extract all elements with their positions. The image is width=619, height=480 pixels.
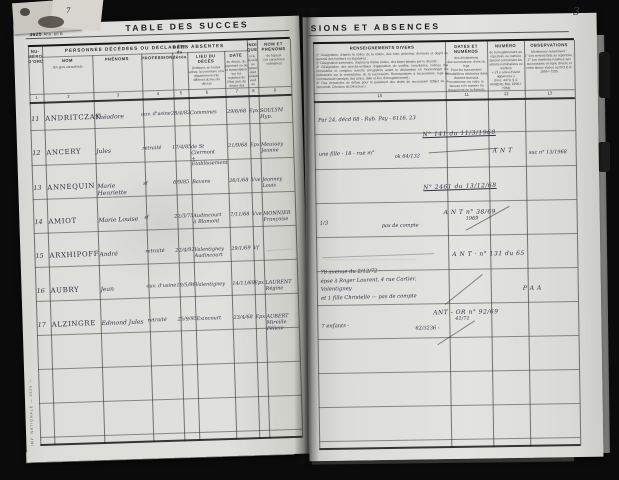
entry-etat: Epx — [249, 109, 260, 115]
entry-epoux: MONNIER Françoise — [263, 211, 295, 224]
entry-prenoms: Théodore — [95, 112, 142, 121]
right-page: SIONS ET ABSENCES RENSEIGNEMENTS DIVERS1… — [303, 13, 604, 462]
col-header-1: NU- MÉRO D'ORDRE — [28, 47, 43, 94]
row-line — [319, 403, 580, 408]
col-number: 10 — [314, 92, 446, 99]
entry-date_deces: 17/4/85 — [172, 145, 190, 152]
col-header-4: PROFESSION — [141, 53, 173, 91]
col-header-note: du décès, du jugement ou de la transcrip… — [224, 59, 248, 88]
page-title-right: SIONS ET ABSENCES — [311, 21, 441, 33]
col-header-6: LIEU DU DÉCÈS(Indiquer, en toutes lettre… — [187, 51, 225, 89]
col-header-note: 1° Désignation, d'après la notice de la … — [316, 51, 449, 89]
pencil-line-rens — [322, 253, 434, 258]
col-number: 2 — [43, 93, 93, 100]
entry-num: 16 — [36, 287, 48, 294]
entry-num: 12 — [32, 150, 44, 157]
col-header-10: RENSEIGNEMENTS DIVERS1° Désignation, d'a… — [313, 42, 452, 93]
gutter-top-notch — [245, 0, 270, 13]
entry-num: 11 — [31, 116, 43, 123]
entry-num: 15 — [35, 253, 47, 260]
row-line — [31, 122, 293, 131]
pencil-diagonal-2 — [445, 274, 483, 305]
table-bottom-line — [319, 444, 580, 450]
entry-repertoire-number: A N T · n° 131 du 65 — [452, 250, 542, 258]
entry-nom: ANNEQUIN — [47, 182, 96, 191]
entry-date_deces: 25/9/95 — [177, 317, 195, 324]
entry-repertoire-number: A N T n° 38/69 — [444, 208, 534, 216]
col-header-note: Mentionner notamment : 1° Les renvois fa… — [524, 49, 574, 74]
book-gutter-shadow — [294, 8, 320, 464]
entry-observation: suc n° 13/1968 — [529, 150, 579, 157]
entry-renseignements: Par 24, décd 68 - Rub. Pay - 6116, 23 — [318, 113, 446, 125]
col-number: 3 — [93, 92, 142, 99]
col-header-label: PROFESSION — [141, 55, 172, 61]
col-header-label: RENSEIGNEMENTS DIVERS — [316, 44, 448, 51]
entry-declaration-number: N° 141 du 11/3/1968 — [422, 128, 517, 138]
col-number: 1 — [29, 95, 43, 100]
left-page: 3625 Ann. 60 B TABLE DES SUCCES PERSONNE… — [13, 16, 313, 463]
col-number: 7 — [225, 88, 248, 94]
table-column-line — [257, 40, 271, 439]
entry-renseignements: 78 avenue du 2/12/72 - épse à Roger Laur… — [320, 265, 449, 302]
entry-repertoire-number: P A A — [523, 283, 613, 291]
col-header-12: NUMÉROde l'enregistrement au répertoire … — [487, 41, 525, 91]
entry-epoux: Meussey Jeanne — [261, 142, 293, 155]
row-line — [315, 165, 576, 170]
col-header-7: DATEdu décès, du jugement ou de la trans… — [224, 50, 248, 88]
col-header-note: (Indiquer, en toutes lettres, la commune… — [188, 65, 226, 86]
col-header-9: NOM ET PRÉNOMSde l'époux (en caractères … — [257, 39, 291, 87]
row-line — [318, 369, 579, 374]
col-header-2: NOM(En gros caractères) — [42, 55, 93, 94]
entry-profession: retraité — [142, 146, 174, 153]
row-line — [36, 293, 298, 302]
col-number: 5 — [173, 90, 188, 95]
entry-nom: ANCERY — [46, 148, 95, 157]
entry-etat: Epx — [250, 143, 261, 149]
col-number: 4 — [142, 91, 173, 97]
entry-prenoms: Jules — [96, 147, 143, 156]
col-number: 8 — [248, 88, 258, 93]
entry-date_transcr: 21/9/68 — [228, 143, 249, 150]
entry-num: 14 — [34, 218, 46, 225]
entry-renseignements-extra: ok 64/132 — [395, 154, 455, 161]
col-header-label: NOM — [42, 57, 92, 64]
row-line — [316, 233, 577, 238]
entry-nom: ARXHIPOFF — [49, 251, 98, 260]
col-header-label: DATE — [224, 52, 247, 58]
col-header-label: INDI- QUER — [247, 42, 257, 52]
entry-date_transcr: 29/6/68 — [227, 109, 248, 116]
col-header-13: OBSERVATIONSMentionner notamment : 1° Le… — [524, 40, 575, 90]
col-header-label: DATES ET NUMÉROS — [445, 43, 487, 54]
entry-etat: Vve — [252, 212, 263, 218]
tape-smudge-dark — [38, 16, 64, 28]
page-number: 3 — [573, 5, 580, 18]
table-column-line — [524, 41, 531, 447]
entry-renseignements-extra: pas de compte — [382, 223, 442, 230]
scanned-register-spread: 3625 Ann. 60 B TABLE DES SUCCES PERSONNE… — [0, 0, 619, 480]
row-line — [315, 199, 576, 204]
entry-etat: Epx — [254, 280, 265, 286]
table-column-line — [487, 41, 494, 447]
col-header-note: de l'époux (en caractères ordinaires) — [257, 53, 290, 66]
entry-profession: retraité — [147, 317, 179, 324]
entry-lieu: Commines — [190, 110, 226, 117]
entry-declaration-number: N° 2461 du 13/12/68 — [423, 181, 518, 191]
entry-epoux: SOULYM Hyp. — [260, 108, 292, 121]
col-number: 6 — [188, 89, 225, 95]
col-header-label: LIEU DU DÉCÈS — [187, 53, 224, 64]
entry-nom: ANDRITCZAK — [45, 114, 94, 123]
table-column-line — [574, 40, 581, 446]
col-header-3: PRÉNOMS — [92, 54, 142, 93]
entry-etat: Vf — [253, 246, 264, 252]
entry-prenoms: Edmond Jules — [101, 318, 148, 327]
row-line — [319, 437, 580, 442]
entry-repertoire-number-2: 41/71 — [455, 316, 495, 322]
entry-date_transcr: 23/4/68 — [233, 315, 254, 322]
pencil-line-rens-2 — [326, 259, 416, 260]
entry-date_transcr: 14/11/69 — [232, 281, 253, 288]
row-line — [38, 361, 300, 370]
table-column-line — [445, 42, 452, 448]
col-header-label: NOM ET PRÉNOMS — [257, 41, 290, 52]
col-header-label: NU- MÉRO D'ORDRE — [28, 49, 42, 64]
col-number: 9 — [258, 87, 291, 93]
col-number: 12 — [488, 91, 525, 97]
col-header-note: des déclarations des successions, dons o… — [445, 55, 488, 91]
col-header-11: DATES ET NUMÉROSdes déclarations des suc… — [445, 41, 488, 91]
right-table: RENSEIGNEMENTS DIVERS1° Désignation, d'a… — [313, 38, 580, 450]
row-line — [37, 327, 299, 336]
entry-nom: ALZINGRE — [52, 320, 101, 329]
entry-nom: AUBRY — [50, 285, 99, 294]
entry-date_transcr: 26/1/68 — [229, 178, 250, 185]
col-header-5: DATE du décès — [172, 42, 188, 89]
entry-num: 13 — [33, 184, 45, 191]
binder-clip-lower — [598, 142, 610, 172]
pencil-note-epoux — [266, 249, 292, 252]
entry-date_deces: 28/4/82 — [171, 111, 189, 118]
row-line — [39, 395, 301, 404]
table-column-line — [42, 47, 56, 446]
entry-epoux: Jeanney Louis — [262, 176, 294, 189]
tape-smudge-small — [20, 8, 30, 16]
entry-epoux: LAURENT Régine — [265, 279, 297, 292]
col-header-note: (En gros caractères) — [42, 64, 92, 70]
entry-lieu: Exincourt — [196, 315, 232, 322]
table-bottom-line — [40, 436, 302, 446]
entry-etat: Epx — [255, 315, 266, 321]
col-number: 13 — [525, 90, 575, 96]
col-header-label: OBSERVATIONS — [524, 42, 574, 48]
col-header-label: NUMÉRO — [487, 43, 524, 49]
col-header-label: DATE du décès — [172, 44, 187, 59]
entry-num: 17 — [38, 321, 50, 328]
col-header-note: de l'enregistrement au répertoire ou num… — [487, 50, 525, 91]
entry-profession: ouv. d'usine — [141, 111, 173, 118]
col-header-label: PRÉNOMS — [92, 56, 141, 63]
printer-imprint: IMP. NATIONALE — 3625 — — [28, 378, 34, 446]
binder-clip-top — [599, 52, 610, 98]
tape-handwritten-mark: 7 — [66, 7, 70, 15]
entry-etat: Vve — [251, 177, 262, 183]
col-number: 11 — [446, 91, 488, 97]
entry-repertoire-number: ANT - OR n° 92/69 — [433, 308, 523, 316]
form-annex: Ann. 60 B — [43, 32, 63, 37]
entry-lieu: Valentigney — [195, 281, 231, 288]
